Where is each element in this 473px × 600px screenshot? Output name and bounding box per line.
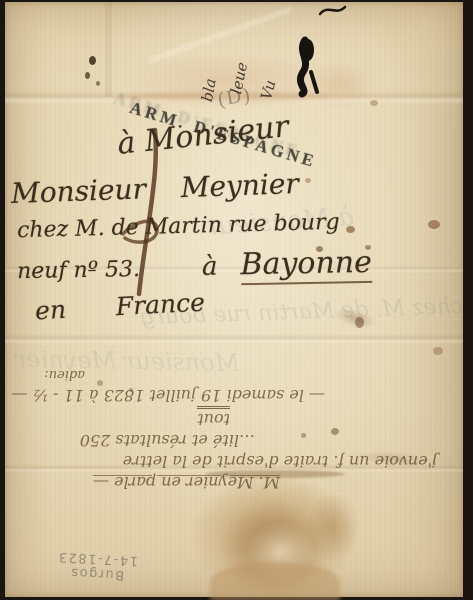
stain-spot bbox=[305, 178, 311, 183]
pencil-note: Burgos 14-7-1823 bbox=[56, 549, 138, 583]
stain-spot bbox=[433, 347, 443, 355]
address-street: chez M. de Martin rue bourg bbox=[17, 210, 340, 243]
top-edge-flourish bbox=[320, 7, 345, 14]
seal-stain-core bbox=[220, 500, 325, 595]
photo-frame: chez M. de Martin rue bourg Monsieur Mey… bbox=[0, 0, 473, 600]
address-number-city: neuf nº 53. à Bayonne bbox=[17, 245, 372, 286]
docket-line: adieu: bbox=[5, 364, 85, 385]
ink-blob-squiggle bbox=[300, 40, 305, 94]
ink-spot bbox=[85, 72, 90, 79]
ink-smudge bbox=[332, 305, 379, 332]
stain-spot bbox=[346, 226, 355, 233]
docket-line: M. Meynier en parle — bbox=[5, 472, 280, 493]
stain-spot bbox=[428, 220, 440, 229]
fold-crease-mid2 bbox=[5, 334, 463, 344]
ink-blob bbox=[302, 39, 314, 61]
docket-line: …lité et résultats 250 bbox=[5, 430, 255, 451]
fold-crease-vertical bbox=[105, 2, 112, 97]
address-street-number: neuf nº 53. bbox=[17, 257, 140, 284]
address-city-connector: à bbox=[202, 252, 218, 282]
docket-line: — le samedi 19 juillet 1823 à 11 - ½ — bbox=[5, 385, 325, 406]
letter-paper: chez M. de Martin rue bourg Monsieur Mey… bbox=[5, 2, 463, 597]
toned-patch bbox=[305, 62, 375, 107]
inverted-docket: M. Meynier en parle — j'envoie un f. tra… bbox=[5, 364, 463, 493]
ink-spot bbox=[89, 56, 96, 65]
address-country: en France bbox=[34, 288, 205, 326]
ink-spot bbox=[96, 81, 100, 86]
ink-blob-tail bbox=[311, 72, 317, 92]
seal-stain-blotch bbox=[305, 492, 360, 562]
seal-stain-bottom bbox=[210, 562, 340, 600]
docket-line: j'envoie un f. traite d'esprit de la let… bbox=[5, 451, 437, 472]
fold-crease-diagonal bbox=[148, 7, 291, 64]
ink-smudge-dot bbox=[355, 317, 364, 328]
address-city: Bayonne bbox=[240, 245, 372, 285]
stain-spot bbox=[370, 100, 378, 106]
address-name: Monsieur Meynier bbox=[11, 167, 300, 210]
seal-stain-worn-patch bbox=[245, 522, 315, 582]
docket-line: tout bbox=[197, 406, 230, 430]
